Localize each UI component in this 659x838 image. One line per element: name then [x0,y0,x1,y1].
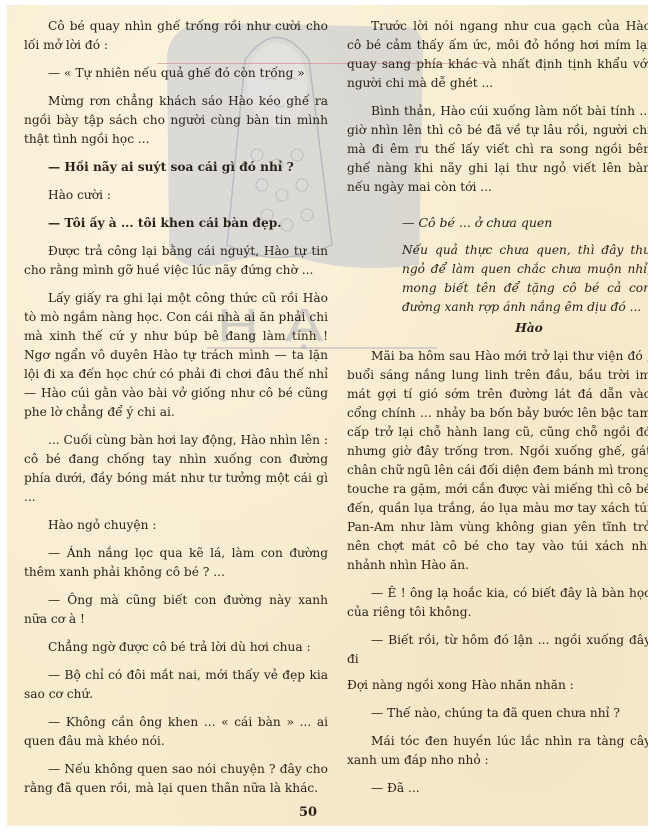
letter-signature: Hào [407,319,648,338]
right-column: Trước lời nói ngang như cua gạch của Hào… [347,17,648,807]
paragraph: Đợi nàng ngồi xong Hào nhăn nhăn : [347,676,648,695]
letter-heading: — Cô bé ... ở chưa quen [402,213,648,232]
dialogue-line: — « Tự nhiên nếu quả ghế đó còn trống » [24,64,328,83]
paragraph: Chẳng ngờ được cô bé trả lời dù hơi chua… [24,638,328,657]
paragraph: Lấy giấy ra ghi lại một công thức cũ rồi… [24,289,328,422]
paragraph: Hào cười : [24,186,328,205]
dialogue-line: — Không cần ông khen ... « cái bàn » ...… [24,713,328,751]
paragraph: Mãi ba hôm sau Hào mới trở lại thư viện … [347,347,648,575]
magazine-page: HẠ Cô bé quay nhìn ghế trống rồi như cườ… [7,5,648,826]
dialogue-line: — Tôi ấy à ... tôi khen cái bàn đẹp. [24,214,328,233]
paragraph: Được trả công lại bằng cái nguýt, Hào tự… [24,242,328,280]
dialogue-line: — Ông mà cũng biết con đường này xanh nữ… [24,591,328,629]
letter-body: Nếu quả thực chưa quen, thì đây thư ngỏ … [402,241,648,317]
paragraph: Trước lời nói ngang như cua gạch của Hào… [347,17,648,93]
dialogue-line: — Biết rồi, từ hôm đó lận ... ngồi xuống… [347,631,648,669]
paragraph: Mái tóc đen huyền lúc lắc nhìn ra tàng c… [347,732,648,770]
paragraph: ... Cuối cùng bàn hơi lay động, Hào nhìn… [24,431,328,507]
dialogue-line: — Bộ chỉ có đôi mắt nai, mới thấy vẻ đẹp… [24,666,328,704]
paragraph: Bình thản, Hào cúi xuống làm nốt bài tín… [347,102,648,197]
dialogue-line: — Thế nào, chúng ta đã quen chưa nhỉ ? [347,704,648,723]
paragraph: Cô bé quay nhìn ghế trống rồi như cười c… [24,17,328,55]
dialogue-line: — Nếu không quen sao nói chuyện ? đây ch… [24,760,328,798]
page-number: 50 [299,805,317,820]
paragraph: Mừng rơn chẳng khách sáo Hào kéo ghế ra … [24,92,328,149]
dialogue-line: — Ánh nắng lọc qua kẽ lá, làm con đường … [24,544,328,582]
dialogue-line: — Đã ... [347,779,648,798]
dialogue-line: — Ê ! ông lạ hoắc kia, có biết đây là bà… [347,584,648,622]
dialogue-line: — Hồi nãy ai suýt soa cái gì đó nhỉ ? [24,158,328,177]
paragraph: Hào ngỏ chuyện : [24,516,328,535]
left-column: Cô bé quay nhìn ghế trống rồi như cười c… [24,17,328,807]
